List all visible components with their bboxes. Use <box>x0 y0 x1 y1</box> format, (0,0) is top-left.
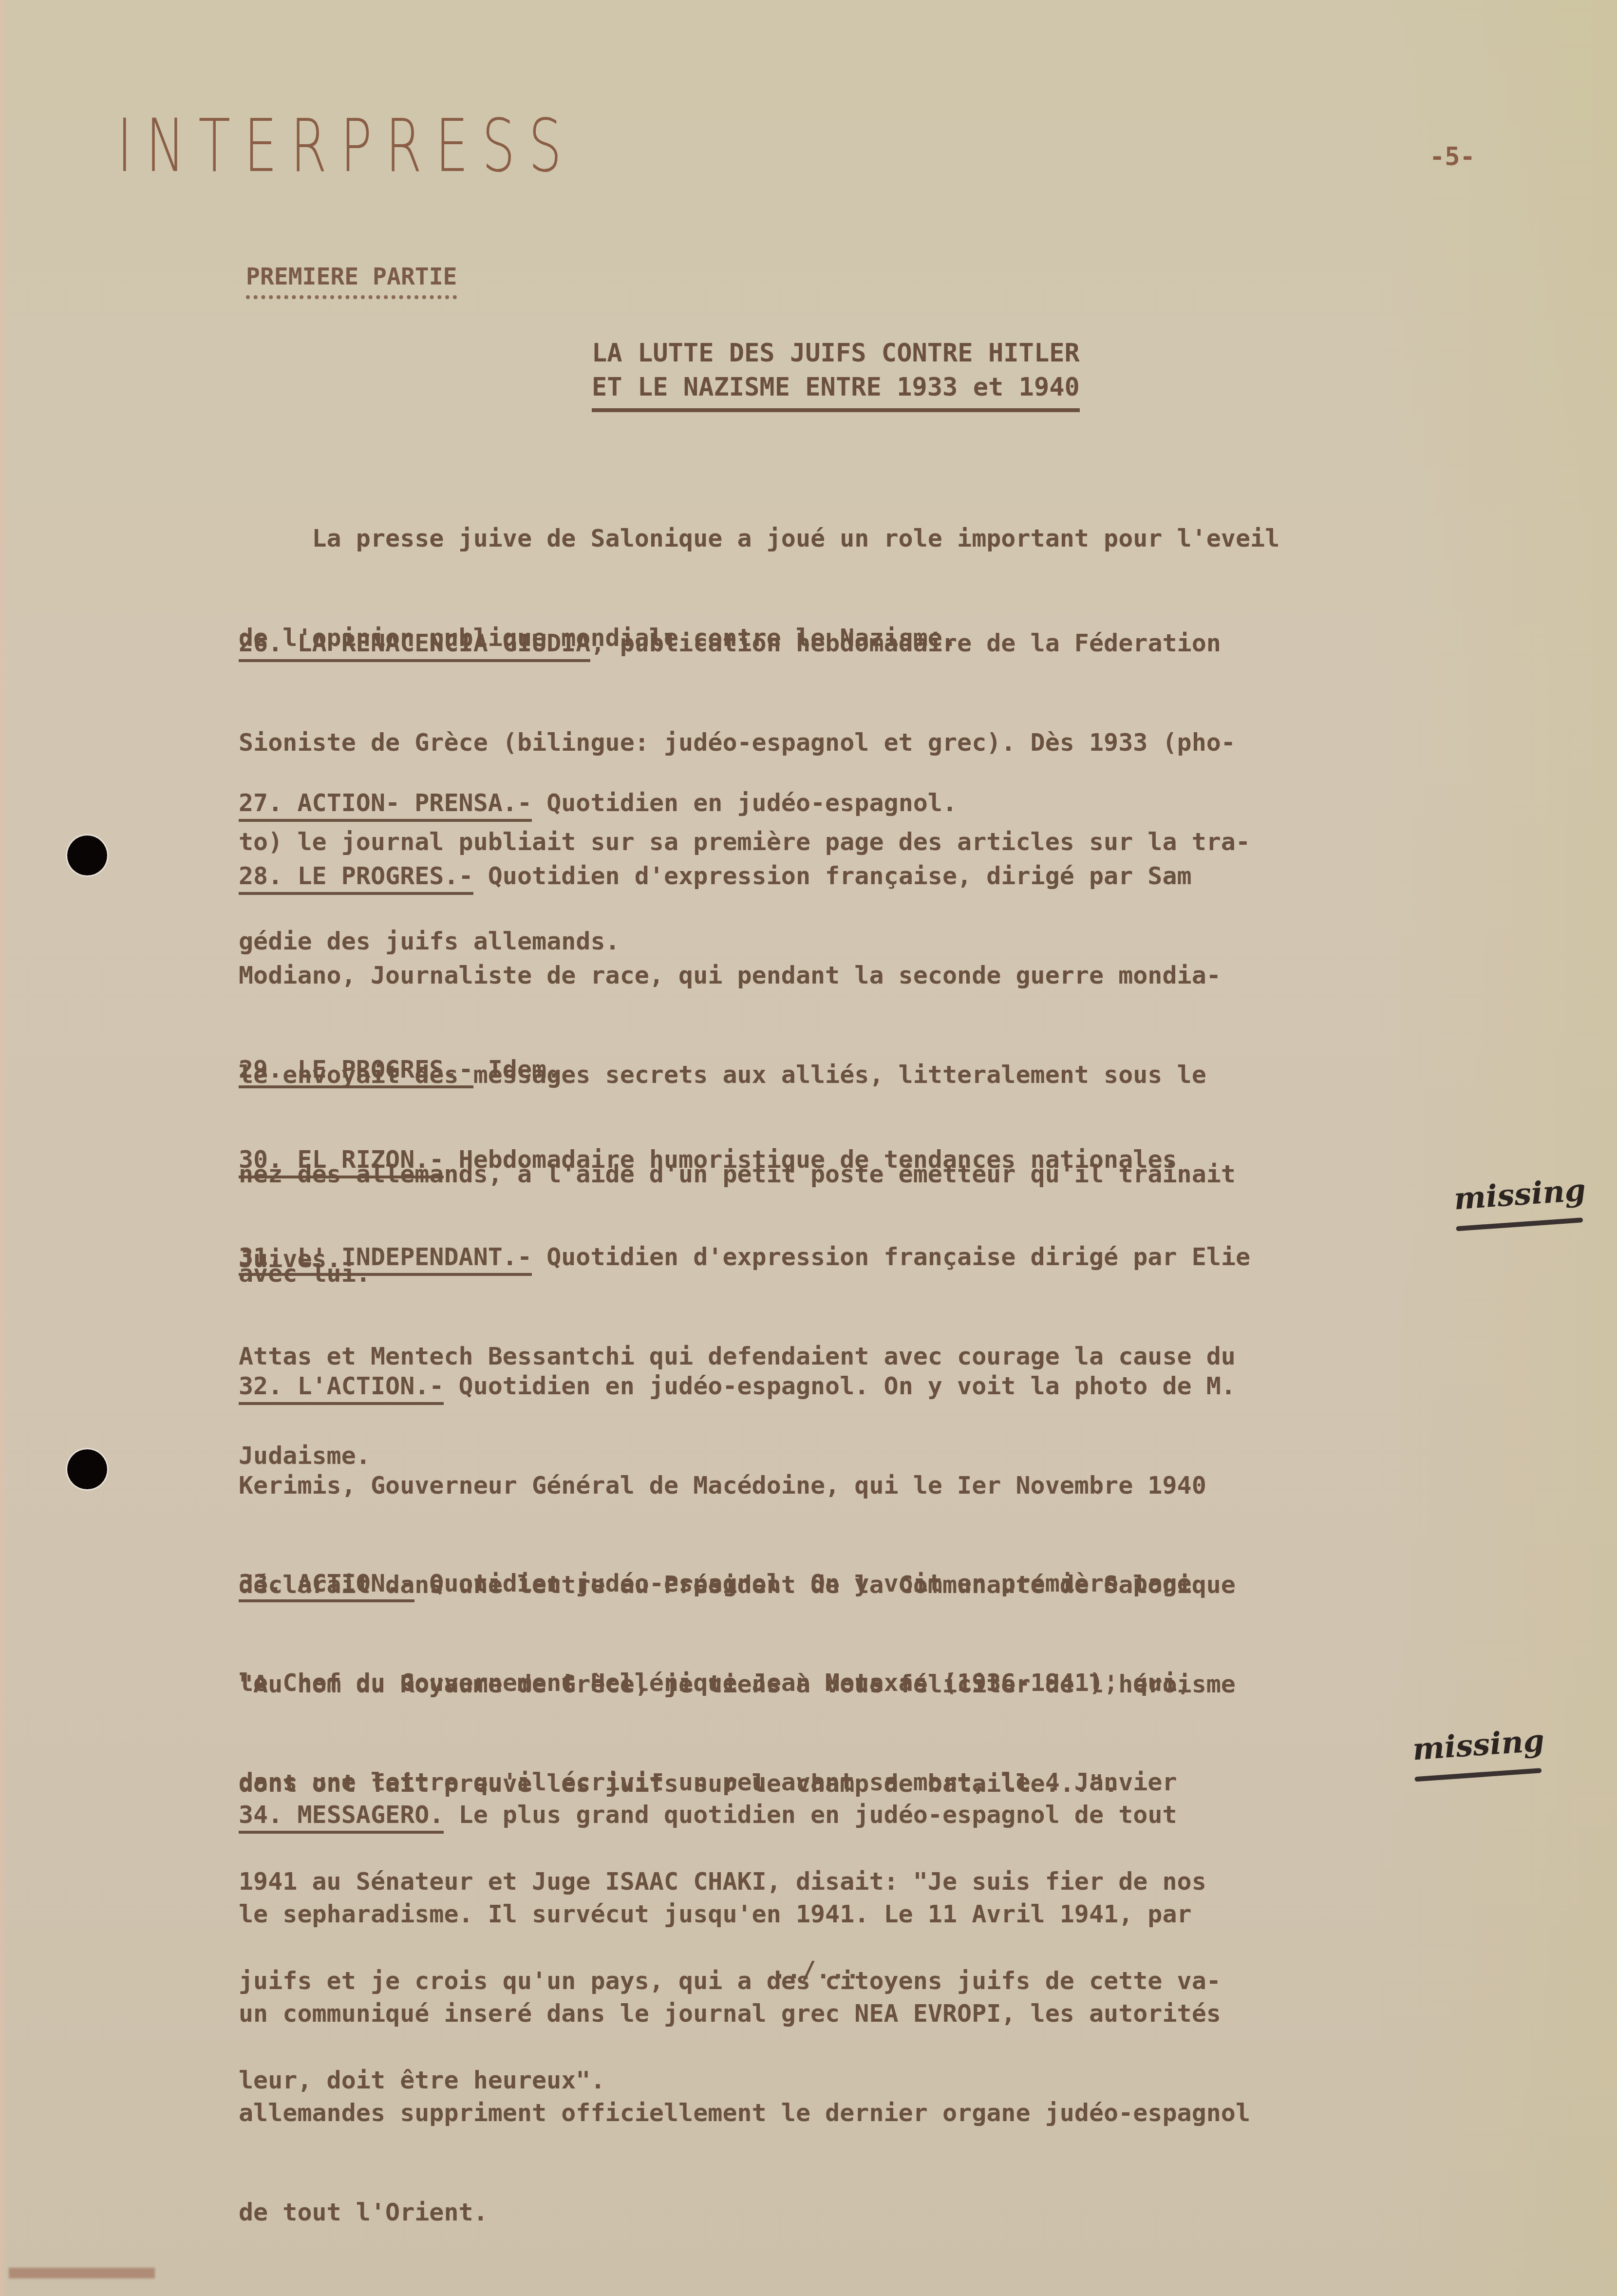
entry-number: 26. <box>239 629 282 657</box>
entry-number: 28. <box>239 862 282 890</box>
entry-text: Le plus grand quotidien en judéo-espagno… <box>444 1801 1177 1829</box>
entry-text: le Chef du Gouvernement Hellénique Jean … <box>239 1666 1515 1699</box>
document-page: INTERPRESS -5- PREMIERE PARTIE LA LUTTE … <box>0 0 1617 2296</box>
punch-hole <box>67 835 107 875</box>
section-title-line-1: LA LUTTE DES JUIFS CONTRE HITLER <box>592 336 1080 370</box>
entry-text: Kerimis, Gouverneur Général de Macédoine… <box>239 1469 1515 1502</box>
punch-hole <box>67 1449 107 1489</box>
entry-34: 34. MESSAGERO. Le plus grand quotidien e… <box>239 1732 1515 2295</box>
entry-title: L'ACTION.- <box>297 1372 444 1400</box>
part-heading: PREMIERE PARTIE <box>246 263 457 290</box>
ink-smear <box>9 2268 155 2278</box>
entry-number: 32. <box>239 1372 282 1400</box>
entry-number: 31. <box>239 1243 282 1271</box>
entry-title: LE PROGRES.- <box>297 862 473 890</box>
entry-text: Quotidien judéo-espagnol. On y voit en p… <box>414 1569 1191 1597</box>
entry-text: Hebdomadaire humoristique de tendances n… <box>444 1145 1177 1174</box>
entry-title: LA RENACENCIA GIUDIA <box>297 629 590 657</box>
section-title: LA LUTTE DES JUIFS CONTRE HITLER ET LE N… <box>592 336 1080 412</box>
entry-text: Quotidien d'expression française, dirigé… <box>473 862 1192 890</box>
entry-title: L' INDEPENDANT.- <box>297 1243 532 1271</box>
entry-text: un communiqué inseré dans le journal gre… <box>239 1997 1515 2030</box>
entry-number: 30. <box>239 1145 282 1174</box>
section-title-line-2: ET LE NAZISME ENTRE 1933 et 1940 <box>592 370 1080 412</box>
entry-title: MESSAGERO. <box>297 1801 444 1829</box>
entry-text: allemandes suppriment officiellement le … <box>239 2096 1515 2129</box>
entry-text: Quotidien en judéo-espagnol. On y voit l… <box>444 1372 1236 1400</box>
entry-number: 34. <box>239 1801 282 1829</box>
entry-title: ACTION.- <box>297 1569 414 1597</box>
entry-title: EL RIZON.- <box>297 1145 444 1174</box>
entry-text: de tout l'Orient. <box>239 2196 1515 2229</box>
entry-number: 33. <box>239 1569 282 1597</box>
continuation-mark: ../... <box>772 1956 860 1984</box>
entry-text: Quotidien d'expression française dirigé … <box>532 1243 1250 1271</box>
intro-line: La presse juive de Salonique a joué un r… <box>239 522 1515 555</box>
entry-text: le sepharadisme. Il survécut jusqu'en 19… <box>239 1898 1515 1931</box>
part-label: PREMIERE PARTIE <box>246 263 457 299</box>
entry-text: , publication hebdomadaire de la Féderat… <box>590 629 1221 657</box>
page-number: -5- <box>1429 142 1475 171</box>
letterhead-brand: INTERPRESS <box>117 110 575 183</box>
